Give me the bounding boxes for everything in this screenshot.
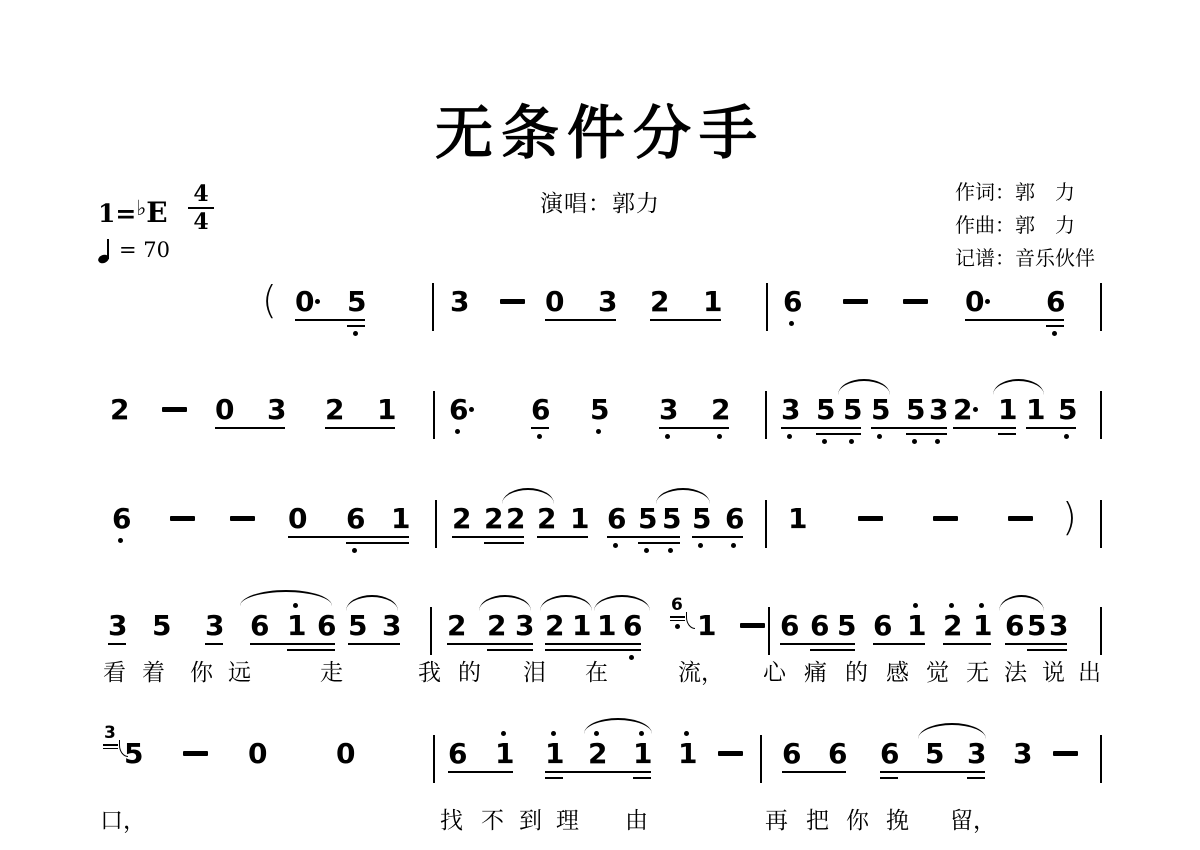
note-digit: 3 — [382, 612, 401, 640]
lyric-syllable: 你 — [190, 660, 213, 686]
note-digit: 0 — [248, 740, 267, 768]
octave-dot-low — [537, 434, 542, 439]
beam-line — [545, 771, 651, 773]
note-digit: 1 — [788, 505, 807, 533]
slur-arc — [838, 379, 890, 395]
octave-dot-low — [935, 439, 940, 444]
lyric-syllable: 我 — [418, 660, 441, 686]
beam-line — [638, 542, 680, 544]
beam-line — [295, 319, 365, 321]
beam-line — [448, 771, 513, 773]
lyric-syllable: 挽 — [886, 808, 909, 834]
note-digit: 6 — [623, 612, 642, 640]
note-digit: 2 — [506, 505, 525, 533]
dash-extension — [162, 407, 187, 412]
octave-dot-high — [684, 731, 689, 736]
beam-line — [998, 433, 1016, 435]
beam-line — [873, 643, 925, 645]
lyric-syllable: 出 — [1078, 660, 1101, 686]
lyric-syllable: 的 — [458, 660, 481, 686]
lyric-syllable: 到 — [519, 808, 542, 834]
beam-line — [782, 771, 846, 773]
beam-line — [692, 536, 743, 538]
octave-dot-low — [118, 538, 123, 543]
octave-dot-high — [979, 603, 984, 608]
note-digit: 2 — [545, 612, 564, 640]
octave-dot-low — [596, 429, 601, 434]
slur-arc — [999, 595, 1044, 611]
note-digit: 6 — [112, 505, 131, 533]
note-digit: 6 — [880, 740, 899, 768]
beam-line — [880, 771, 985, 773]
beam-line — [205, 643, 223, 645]
beam-line — [103, 744, 118, 746]
note-digit: 3 — [967, 740, 986, 768]
barline — [1100, 607, 1102, 655]
beam-line — [659, 427, 729, 429]
lyric-syllable: 痛 — [804, 660, 827, 686]
dash-extension — [170, 516, 195, 521]
beam-line — [545, 319, 616, 321]
slur-arc — [918, 723, 986, 739]
beam-line — [103, 748, 118, 750]
lyric-syllable: 无 — [966, 660, 989, 686]
note-digit: 1 — [703, 288, 722, 316]
note-digit: 5 — [843, 396, 862, 424]
octave-dot-low — [731, 543, 736, 548]
beam-line — [288, 536, 409, 538]
score: (053032160620321665323555532115606122221… — [0, 0, 1200, 850]
lyric-syllable: 你 — [846, 808, 869, 834]
lyric-syllable: 法 — [1004, 660, 1027, 686]
note-digit: 6 — [828, 740, 847, 768]
note-digit: 5 — [638, 505, 657, 533]
octave-dot-low — [455, 429, 460, 434]
octave-dot-low — [629, 655, 634, 660]
note-digit: 6 — [317, 612, 336, 640]
lyric-syllable: 由 — [625, 808, 648, 834]
note-digit: 1 — [572, 612, 591, 640]
note-digit: 1 — [998, 396, 1017, 424]
slur-arc — [240, 590, 332, 606]
note-digit: 2 — [484, 505, 503, 533]
beam-line — [816, 433, 861, 435]
beam-line — [108, 643, 126, 645]
lyric-syllable: 不 — [481, 808, 504, 834]
note-digit: 1 — [495, 740, 514, 768]
note-digit: 5 — [590, 396, 609, 424]
octave-dot-high — [501, 731, 506, 736]
note-digit: 6 — [531, 396, 550, 424]
lyric-syllable: 再 — [765, 808, 788, 834]
octave-dot-low — [1064, 434, 1069, 439]
note-digit: 1 — [907, 612, 926, 640]
lyric-syllable: 心 — [763, 660, 786, 686]
beam-line — [447, 643, 533, 645]
beam-line — [1005, 643, 1067, 645]
barline — [1100, 500, 1102, 548]
note-digit: 0 — [215, 396, 234, 424]
note-digit: 5 — [871, 396, 890, 424]
phrase-paren: ( — [262, 279, 277, 321]
grace-hook — [686, 612, 695, 629]
note-digit: 3 — [515, 612, 534, 640]
octave-dot-high — [913, 603, 918, 608]
beam-line — [953, 427, 1016, 429]
barline — [430, 607, 432, 655]
lyric-syllable: 流， — [678, 660, 724, 686]
dot-after — [973, 407, 978, 412]
barline — [1100, 391, 1102, 439]
beam-line — [215, 427, 285, 429]
lyric-syllable: 把 — [806, 808, 829, 834]
dot-after — [469, 407, 474, 412]
octave-dot-low — [352, 548, 357, 553]
note-digit: 6 — [448, 740, 467, 768]
beam-line — [906, 433, 947, 435]
note-digit: 0 — [965, 288, 984, 316]
dot-after — [985, 299, 990, 304]
barline — [768, 607, 770, 655]
beam-line — [487, 649, 533, 651]
note-digit: 1 — [545, 740, 564, 768]
beam-line — [348, 643, 400, 645]
barline — [1100, 283, 1102, 331]
dash-extension — [718, 751, 743, 756]
slur-arc — [479, 595, 531, 611]
note-digit: 3 — [205, 612, 224, 640]
octave-dot-low — [613, 543, 618, 548]
note-digit: 3 — [1049, 612, 1068, 640]
note-digit: 1 — [570, 505, 589, 533]
note-digit: 6 — [607, 505, 626, 533]
beam-line — [1027, 649, 1067, 651]
beam-line — [287, 649, 335, 651]
octave-dot-low — [912, 439, 917, 444]
note-digit: 1 — [697, 612, 716, 640]
octave-dot-low — [822, 439, 827, 444]
note-digit: 6 — [782, 740, 801, 768]
note-digit: 1 — [377, 396, 396, 424]
octave-dot-low — [1052, 331, 1057, 336]
beam-line — [1046, 325, 1064, 327]
note-digit: 5 — [348, 612, 367, 640]
barline — [432, 283, 434, 331]
note-digit: 5 — [906, 396, 925, 424]
lyric-syllable: 口， — [100, 808, 146, 834]
beam-line — [545, 649, 641, 651]
beam-line — [607, 536, 680, 538]
note-digit: 3 — [781, 396, 800, 424]
barline — [766, 283, 768, 331]
note-digit: 6 — [250, 612, 269, 640]
note-digit: 0 — [336, 740, 355, 768]
note-digit: 2 — [953, 396, 972, 424]
lyric-syllable: 的 — [845, 660, 868, 686]
beam-line — [452, 536, 524, 538]
barline — [765, 500, 767, 548]
note-digit: 3 — [598, 288, 617, 316]
note-digit: 5 — [816, 396, 835, 424]
beam-line — [650, 319, 721, 321]
barline — [433, 735, 435, 783]
lyric-syllable: 觉 — [926, 660, 949, 686]
dash-extension — [1053, 751, 1078, 756]
octave-dot-low — [698, 543, 703, 548]
note-digit: 1 — [1026, 396, 1045, 424]
note-digit: 6 — [725, 505, 744, 533]
dash-extension — [740, 623, 765, 628]
note-digit: 6 — [1005, 612, 1024, 640]
barline — [433, 391, 435, 439]
grace-note: 3 — [104, 724, 116, 742]
dash-extension — [1008, 516, 1033, 521]
note-digit: 5 — [1058, 396, 1077, 424]
note-digit: 2 — [110, 396, 129, 424]
beam-line — [1026, 427, 1076, 429]
beam-line — [780, 643, 855, 645]
beam-line — [545, 777, 563, 779]
dash-extension — [843, 299, 868, 304]
grace-note: 6 — [671, 596, 683, 614]
note-digit: 3 — [450, 288, 469, 316]
beam-line — [880, 777, 898, 779]
beam-line — [670, 616, 685, 618]
beam-line — [810, 649, 855, 651]
note-digit: 2 — [650, 288, 669, 316]
note-digit: 6 — [346, 505, 365, 533]
beam-line — [967, 777, 985, 779]
octave-dot-low — [849, 439, 854, 444]
beam-line — [943, 643, 991, 645]
lyric-syllable: 走 — [320, 660, 343, 686]
barline — [760, 735, 762, 783]
octave-dot-low — [644, 548, 649, 553]
lyric-syllable: 远 — [228, 660, 251, 686]
octave-dot-low — [353, 331, 358, 336]
barline — [1100, 735, 1102, 783]
lyric-syllable: 说 — [1042, 660, 1065, 686]
lyric-syllable: 感 — [886, 660, 909, 686]
note-digit: 2 — [452, 505, 471, 533]
note-digit: 1 — [597, 612, 616, 640]
barline — [765, 391, 767, 439]
note-digit: 0 — [295, 288, 314, 316]
note-digit: 2 — [943, 612, 962, 640]
dash-extension — [933, 516, 958, 521]
lyric-syllable: 在 — [585, 660, 608, 686]
sheet-music-page: 无条件分手 演唱：郭力 作词：郭 力 作曲：郭 力 记谱：音乐伙伴 1=♭E 4… — [0, 0, 1200, 850]
octave-dot-low — [717, 434, 722, 439]
beam-line — [633, 777, 651, 779]
slur-arc — [584, 718, 652, 734]
lyric-syllable: 留， — [950, 808, 996, 834]
note-digit: 3 — [929, 396, 948, 424]
dash-extension — [500, 299, 525, 304]
note-digit: 1 — [973, 612, 992, 640]
octave-dot-low — [789, 321, 794, 326]
beam-line — [545, 643, 641, 645]
note-digit: 1 — [633, 740, 652, 768]
octave-dot-high — [551, 731, 556, 736]
beam-line — [537, 536, 588, 538]
note-digit: 5 — [347, 288, 366, 316]
slur-arc — [540, 595, 592, 611]
note-digit: 2 — [588, 740, 607, 768]
lyric-syllable: 找 — [440, 808, 463, 834]
note-digit: 5 — [1027, 612, 1046, 640]
octave-dot-low — [675, 624, 680, 629]
note-digit: 1 — [287, 612, 306, 640]
note-digit: 2 — [537, 505, 556, 533]
phrase-paren: ) — [1062, 496, 1077, 538]
beam-line — [670, 620, 685, 622]
slur-arc — [346, 595, 398, 611]
octave-dot-high — [949, 603, 954, 608]
note-digit: 6 — [810, 612, 829, 640]
note-digit: 0 — [545, 288, 564, 316]
note-digit: 5 — [692, 505, 711, 533]
note-digit: 2 — [487, 612, 506, 640]
note-digit: 0 — [288, 505, 307, 533]
note-digit: 1 — [391, 505, 410, 533]
note-digit: 2 — [325, 396, 344, 424]
beam-line — [325, 427, 395, 429]
octave-dot-low — [877, 434, 882, 439]
beam-line — [781, 427, 861, 429]
note-digit: 1 — [678, 740, 697, 768]
note-digit: 2 — [711, 396, 730, 424]
note-digit: 6 — [873, 612, 892, 640]
note-digit: 5 — [925, 740, 944, 768]
note-digit: 6 — [1046, 288, 1065, 316]
note-digit: 5 — [662, 505, 681, 533]
note-digit: 5 — [837, 612, 856, 640]
lyric-syllable: 看 — [103, 660, 126, 686]
lyric-syllable: 理 — [556, 808, 579, 834]
beam-line — [531, 427, 549, 429]
note-digit: 6 — [449, 396, 468, 424]
note-digit: 6 — [783, 288, 802, 316]
note-digit: 3 — [267, 396, 286, 424]
beam-line — [347, 325, 365, 327]
octave-dot-low — [787, 434, 792, 439]
slur-arc — [594, 595, 650, 611]
note-digit: 3 — [1013, 740, 1032, 768]
octave-dot-low — [665, 434, 670, 439]
note-digit: 6 — [780, 612, 799, 640]
slur-arc — [993, 379, 1044, 395]
dash-extension — [903, 299, 928, 304]
dot-after — [315, 299, 320, 304]
dash-extension — [183, 751, 208, 756]
octave-dot-low — [668, 548, 673, 553]
beam-line — [250, 643, 335, 645]
dash-extension — [858, 516, 883, 521]
note-digit: 5 — [124, 740, 143, 768]
note-digit: 2 — [447, 612, 466, 640]
beam-line — [346, 542, 409, 544]
beam-line — [871, 427, 947, 429]
beam-line — [965, 319, 1064, 321]
slur-arc — [502, 488, 554, 504]
slur-arc — [656, 488, 710, 504]
note-digit: 3 — [108, 612, 127, 640]
lyric-syllable: 着 — [142, 660, 165, 686]
barline — [435, 500, 437, 548]
lyric-syllable: 泪 — [523, 660, 546, 686]
dash-extension — [230, 516, 255, 521]
beam-line — [484, 542, 524, 544]
note-digit: 3 — [659, 396, 678, 424]
note-digit: 5 — [152, 612, 171, 640]
